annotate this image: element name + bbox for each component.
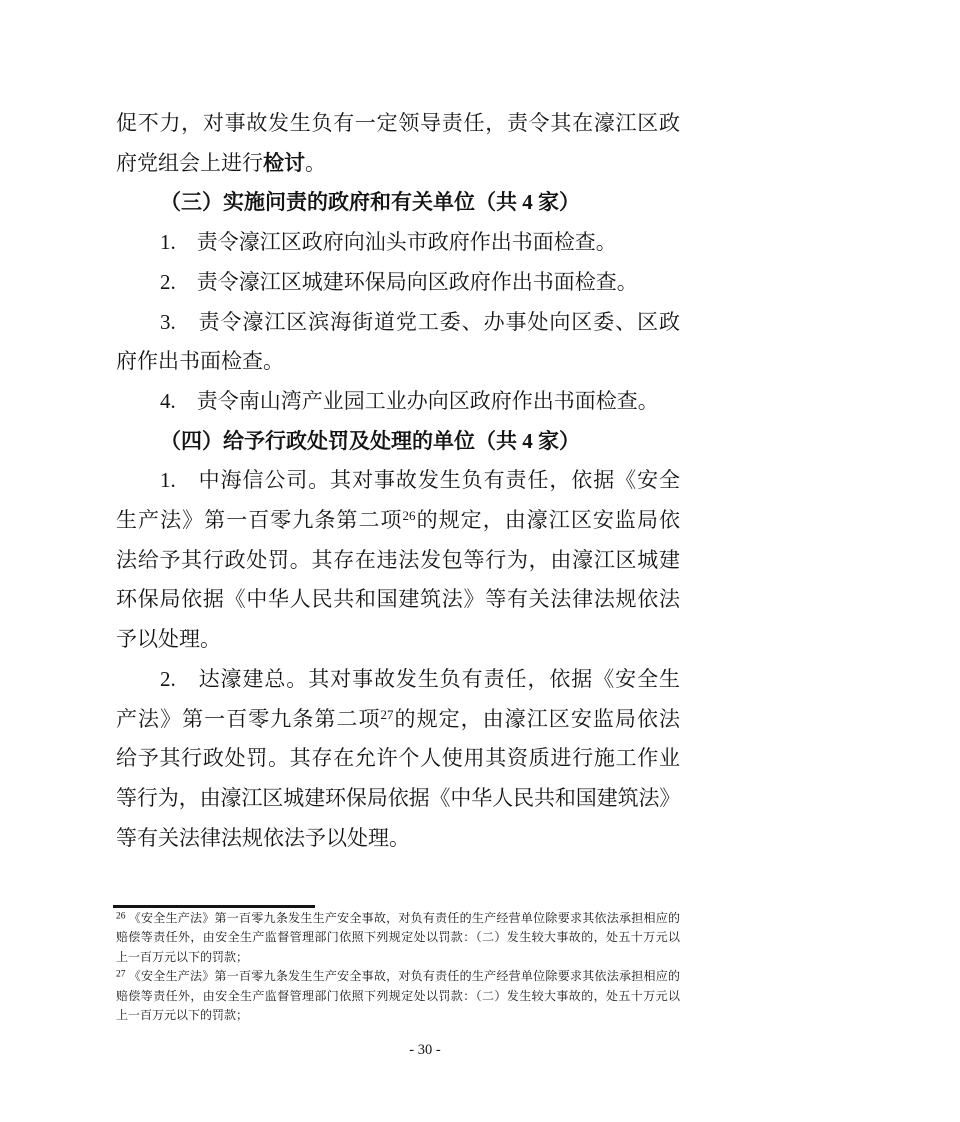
text-segment: 上一百万元以下的罚款； [116, 1008, 248, 1022]
body-line: 2. 责令濠江区城建环保局向区政府作出书面检查。 [116, 263, 680, 303]
text-segment: （三）实施问责的政府和有关单位（共 4 家） [160, 190, 580, 214]
body-line: 1. 责令濠江区政府向汕头市政府作出书面检查。 [116, 223, 680, 263]
text-segment: 1. 中海信公司。其对事故发生负有责任，依据《安全 [160, 468, 680, 492]
section-heading-4: （四）给予行政处罚及处理的单位（共 4 家） [116, 422, 680, 462]
body-line: 予以处理。 [116, 620, 680, 660]
footnote-ref: 27 [380, 707, 393, 722]
footnote-ref: 27 [116, 970, 126, 980]
body-line: 环保局依据《中华人民共和国建筑法》等有关法律法规依法 [116, 580, 680, 620]
body-text: 促不力，对事故发生负有一定领导责任，责令其在濠江区政府党组会上进行检讨。（三）实… [116, 104, 680, 858]
body-line: 府作出书面检查。 [116, 342, 680, 382]
body-line: 法给予其行政处罚。其存在违法发包等行为，由濠江区城建 [116, 541, 680, 581]
body-line: 生产法》第一百零九条第二项26的规定，由濠江区安监局依 [116, 501, 680, 541]
body-line: 2. 达濠建总。其对事故发生负有责任，依据《安全生 [116, 660, 680, 700]
body-line: 给予其行政处罚。其存在允许个人使用其资质进行施工作业 [116, 739, 680, 779]
text-segment: 府作出书面检查。 [116, 349, 284, 373]
page-number: - 30 - [116, 1042, 734, 1058]
text-segment: 的规定，由濠江区安监局依 [416, 508, 680, 532]
footnote-separator [113, 905, 315, 908]
text-segment: 2. 责令濠江区城建环保局向区政府作出书面检查。 [160, 270, 638, 294]
text-segment: 等行为，由濠江区城建环保局依据《中华人民共和国建筑法》 [116, 786, 680, 810]
text-segment: 予以处理。 [116, 627, 221, 651]
body-line: 等有关法律法规依法予以处理。 [116, 819, 680, 859]
text-segment: 环保局依据《中华人民共和国建筑法》等有关法律法规依法 [116, 587, 680, 611]
footnote-line: 上一百万元以下的罚款； [116, 948, 680, 967]
body-line: 等行为，由濠江区城建环保局依据《中华人民共和国建筑法》 [116, 779, 680, 819]
section-heading-3: （三）实施问责的政府和有关单位（共 4 家） [116, 183, 680, 223]
text-segment: 检讨 [263, 151, 305, 175]
body-line: 4. 责令南山湾产业园工业办向区政府作出书面检查。 [116, 382, 680, 422]
text-segment: 。 [305, 151, 326, 175]
text-segment: 赔偿等责任外，由安全生产监督管理部门依照下列规定处以罚款：（二）发生较大事故的，… [116, 989, 680, 1003]
text-segment: 《安全生产法》第一百零九条发生生产安全事故，对负有责任的生产经营单位除要求其依法… [126, 911, 681, 925]
footnote-line: 27 《安全生产法》第一百零九条发生生产安全事故，对负有责任的生产经营单位除要求… [116, 967, 680, 986]
footnote-line: 26 《安全生产法》第一百零九条发生生产安全事故，对负有责任的生产经营单位除要求… [116, 909, 680, 928]
text-segment: 《安全生产法》第一百零九条发生生产安全事故，对负有责任的生产经营单位除要求其依法… [126, 969, 681, 983]
text-segment: 上一百万元以下的罚款； [116, 950, 248, 964]
footnote-line: 赔偿等责任外，由安全生产监督管理部门依照下列规定处以罚款：（二）发生较大事故的，… [116, 928, 680, 947]
body-line: 1. 中海信公司。其对事故发生负有责任，依据《安全 [116, 461, 680, 501]
body-line: 3. 责令濠江区滨海街道党工委、办事处向区委、区政 [116, 303, 680, 343]
text-segment: 给予其行政处罚。其存在允许个人使用其资质进行施工作业 [116, 746, 680, 770]
text-segment: 促不力，对事故发生负有一定领导责任，责令其在濠江区政 [116, 111, 680, 135]
text-segment: （四）给予行政处罚及处理的单位（共 4 家） [160, 429, 580, 453]
text-segment: 法给予其行政处罚。其存在违法发包等行为，由濠江区城建 [116, 548, 680, 572]
body-line: 府党组会上进行检讨。 [116, 144, 680, 184]
text-segment: 赔偿等责任外，由安全生产监督管理部门依照下列规定处以罚款：（二）发生较大事故的，… [116, 930, 680, 944]
text-segment: 的规定，由濠江区安监局依法 [393, 707, 680, 731]
text-segment: 2. 达濠建总。其对事故发生负有责任，依据《安全生 [160, 667, 680, 691]
body-line: 产法》第一百零九条第二项27的规定，由濠江区安监局依法 [116, 700, 680, 740]
text-segment: 3. 责令濠江区滨海街道党工委、办事处向区委、区政 [160, 310, 680, 334]
footnote-line: 上一百万元以下的罚款； [116, 1006, 680, 1025]
footnote-line: 赔偿等责任外，由安全生产监督管理部门依照下列规定处以罚款：（二）发生较大事故的，… [116, 987, 680, 1006]
text-segment: 府党组会上进行 [116, 151, 263, 175]
footnotes: 26 《安全生产法》第一百零九条发生生产安全事故，对负有责任的生产经营单位除要求… [116, 909, 680, 1025]
text-segment: 产法》第一百零九条第二项 [116, 707, 380, 731]
footnote-ref: 26 [116, 912, 126, 922]
text-segment: 4. 责令南山湾产业园工业办向区政府作出书面检查。 [160, 389, 659, 413]
body-line: 促不力，对事故发生负有一定领导责任，责令其在濠江区政 [116, 104, 680, 144]
text-segment: 等有关法律法规依法予以处理。 [116, 826, 410, 850]
text-segment: 生产法》第一百零九条第二项 [116, 508, 403, 532]
footnote-ref: 26 [403, 508, 416, 523]
page: 促不力，对事故发生负有一定领导责任，责令其在濠江区政府党组会上进行检讨。（三）实… [0, 0, 960, 1122]
text-segment: 1. 责令濠江区政府向汕头市政府作出书面检查。 [160, 230, 617, 254]
